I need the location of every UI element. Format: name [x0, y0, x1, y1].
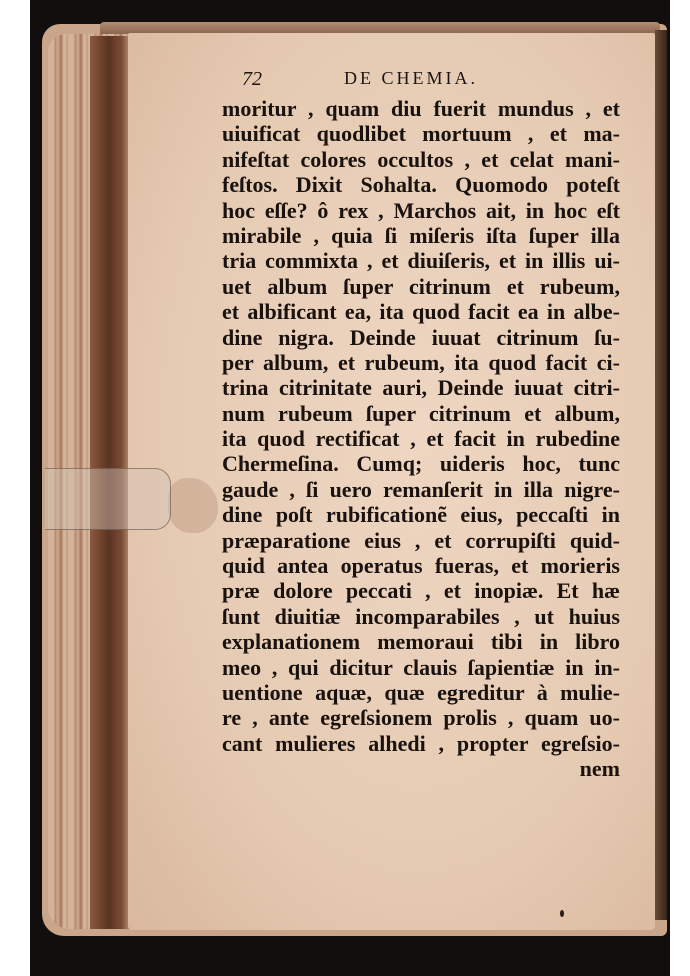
text-line: trina citrinitate auri, Deinde iuuat cit… — [222, 375, 620, 400]
text-line: moritur , quam diu fuerit mundus , et — [222, 96, 620, 121]
text-line: re , ante egreſsionem prolis , quam uo- — [222, 705, 620, 730]
text-line: ſunt diuitiæ incomparabiles , ut huius — [222, 604, 620, 629]
page-number: 72 — [242, 68, 262, 91]
text-line: et albificant ea, ita quod facit ea in a… — [222, 299, 620, 324]
text-line: nifeſtat colores occultos , et celat man… — [222, 147, 620, 172]
text-line: præ dolore peccati , et inopiæ. Et hæ — [222, 578, 620, 603]
text-line: uentione aquæ, quæ egreditur à mulie- — [222, 680, 620, 705]
text-line: præparatione eius , et corrupiſti quid- — [222, 528, 620, 553]
catchword: nem — [222, 756, 620, 781]
text-line: dine nigra. Deinde iuuat citrinum ſu- — [222, 325, 620, 350]
page-header: 72 DE CHEMIA. — [242, 68, 642, 92]
running-head: DE CHEMIA. — [344, 68, 478, 89]
text-line: feſtos. Dixit Sohalta. Quomodo poteſt — [222, 172, 620, 197]
text-line: cant mulieres alhedi , propter egreſsio- — [222, 731, 620, 756]
right-page-edge — [655, 30, 667, 920]
text-line: uiuificat quodlibet mortuum , et ma- — [222, 121, 620, 146]
text-line: explanationem memoraui tibi in libro — [222, 629, 620, 654]
text-line: quid antea operatus fueras, et morieris — [222, 553, 620, 578]
text-line: tria commixta , et diuiſeris, et in illi… — [222, 248, 620, 273]
body-text: moritur , quam diu fuerit mundus , et ui… — [222, 96, 620, 782]
text-line: gaude , ſi uero remanſerit in illa nigre… — [222, 477, 620, 502]
text-line: dine poſt rubificationẽ eius, peccaſti i… — [222, 502, 620, 527]
bookmark-tab — [45, 468, 171, 530]
text-line: hoc eſſe? ô rex , Marchos ait, in hoc eſ… — [222, 198, 620, 223]
text-line: ita quod rectificat , et facit in rubedi… — [222, 426, 620, 451]
text-line: mirabile , quia ſi miſeris iſta ſuper il… — [222, 223, 620, 248]
text-line: meo , qui dicitur clauis ſapientiæ in in… — [222, 655, 620, 680]
text-line: uet album ſuper citrinum et rubeum, — [222, 274, 620, 299]
text-line: per album, et rubeum, ita quod facit ci- — [222, 350, 620, 375]
ink-speck — [560, 910, 564, 917]
text-line: num rubeum ſuper citrinum et album, — [222, 401, 620, 426]
text-line: Chermeſina. Cumq; uideris hoc, tunc — [222, 451, 620, 476]
